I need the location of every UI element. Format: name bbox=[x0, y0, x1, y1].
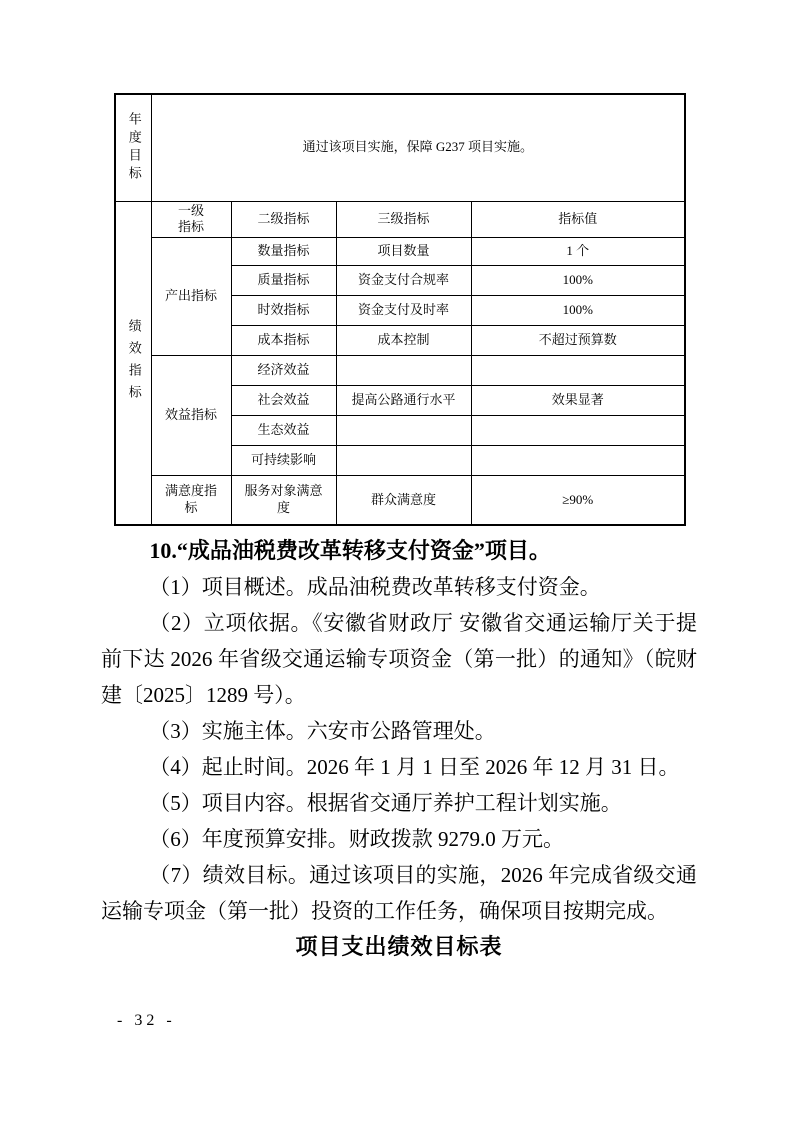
indicator-row: 产出指标 数量指标 项目数量 1 个 bbox=[115, 238, 685, 266]
header-level1: 一级 指标 bbox=[151, 201, 231, 238]
paragraph-overview: （1）项目概述。成品油税费改革转移支付资金。 bbox=[101, 569, 697, 605]
cell-level3: 成本控制 bbox=[336, 326, 471, 356]
cell-level2: 质量指标 bbox=[231, 266, 336, 296]
cell-level3: 资金支付合规率 bbox=[336, 266, 471, 296]
cell-level3: 项目数量 bbox=[336, 238, 471, 266]
indicator-row: 效益指标 经济效益 bbox=[115, 356, 685, 386]
paragraph-budget: （6）年度预算安排。财政拨款 9279.0 万元。 bbox=[101, 821, 697, 857]
header-value: 指标值 bbox=[471, 201, 685, 238]
cell-value bbox=[471, 416, 685, 446]
performance-target-table: 年度目标 通过该项目实施，保障 G237 项目实施。 绩效指标 一级 指标 二级… bbox=[114, 93, 686, 526]
cell-level2: 服务对象满意 度 bbox=[231, 476, 336, 525]
cell-level3: 群众满意度 bbox=[336, 476, 471, 525]
cell-level3 bbox=[336, 446, 471, 476]
cell-level2: 社会效益 bbox=[231, 386, 336, 416]
cell-value: 不超过预算数 bbox=[471, 326, 685, 356]
cell-level2: 经济效益 bbox=[231, 356, 336, 386]
cell-level3 bbox=[336, 416, 471, 446]
cell-value: ≥90% bbox=[471, 476, 685, 525]
performance-indicator-label: 绩效指标 bbox=[115, 201, 151, 525]
annual-goal-content: 通过该项目实施，保障 G237 项目实施。 bbox=[151, 94, 685, 201]
body-text-block: 10.“成品油税费改革转移支付资金”项目。 （1）项目概述。成品油税费改革转移支… bbox=[101, 533, 697, 965]
cell-level3 bbox=[336, 356, 471, 386]
annual-goal-label: 年度目标 bbox=[115, 94, 151, 201]
cell-value bbox=[471, 356, 685, 386]
header-level2: 二级指标 bbox=[231, 201, 336, 238]
paragraph-basis: （2）立项依据。《安徽省财政厅 安徽省交通运输厅关于提前下达 2026 年省级交… bbox=[101, 605, 697, 713]
cell-level2: 成本指标 bbox=[231, 326, 336, 356]
cell-level3: 资金支付及时率 bbox=[336, 296, 471, 326]
cell-value bbox=[471, 446, 685, 476]
header-level3: 三级指标 bbox=[336, 201, 471, 238]
paragraph-content: （5）项目内容。根据省交通厅养护工程计划实施。 bbox=[101, 785, 697, 821]
cell-level1-benefit: 效益指标 bbox=[151, 356, 231, 476]
indicator-row-satisfaction: 满意度指 标 服务对象满意 度 群众满意度 ≥90% bbox=[115, 476, 685, 525]
cell-value: 100% bbox=[471, 296, 685, 326]
cell-level1-output: 产出指标 bbox=[151, 238, 231, 356]
paragraph-goal: （7）绩效目标。通过该项目的实施，2026 年完成省级交通运输专项金（第一批）投… bbox=[101, 857, 697, 929]
cell-level1-satisfaction: 满意度指 标 bbox=[151, 476, 231, 525]
paragraph-implementer: （3）实施主体。六安市公路管理处。 bbox=[101, 713, 697, 749]
cell-value: 100% bbox=[471, 266, 685, 296]
document-page: 年度目标 通过该项目实施，保障 G237 项目实施。 绩效指标 一级 指标 二级… bbox=[0, 0, 793, 1122]
annual-goal-row: 年度目标 通过该项目实施，保障 G237 项目实施。 bbox=[115, 94, 685, 201]
cell-value: 1 个 bbox=[471, 238, 685, 266]
cell-value: 效果显著 bbox=[471, 386, 685, 416]
cell-level2: 生态效益 bbox=[231, 416, 336, 446]
cell-level3: 提高公路通行水平 bbox=[336, 386, 471, 416]
cell-level2: 数量指标 bbox=[231, 238, 336, 266]
page-number: - 32 - bbox=[117, 1012, 176, 1030]
section-heading: 10.“成品油税费改革转移支付资金”项目。 bbox=[101, 533, 697, 569]
cell-level2: 时效指标 bbox=[231, 296, 336, 326]
indicator-header-row: 绩效指标 一级 指标 二级指标 三级指标 指标值 bbox=[115, 201, 685, 238]
next-table-title: 项目支出绩效目标表 bbox=[101, 929, 697, 965]
cell-level2: 可持续影响 bbox=[231, 446, 336, 476]
paragraph-timespan: （4）起止时间。2026 年 1 月 1 日至 2026 年 12 月 31 日… bbox=[101, 749, 697, 785]
